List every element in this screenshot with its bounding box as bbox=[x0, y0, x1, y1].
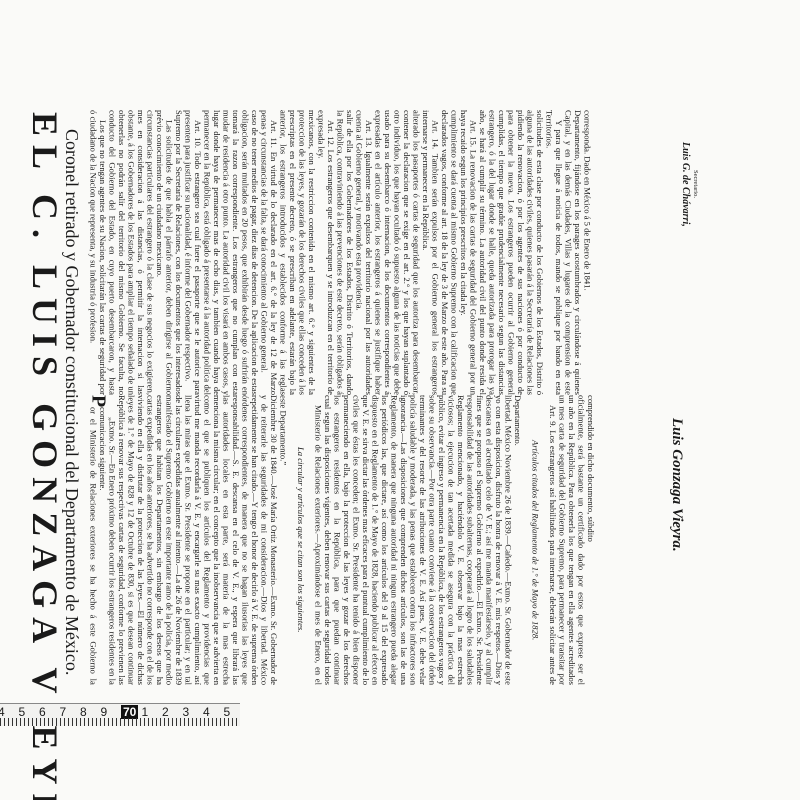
paragraph-art-12: Art. 12. Los estrangeros que desembarque… bbox=[326, 110, 364, 395]
paragraph-intro: Por el Ministerio de Relaciones exterior… bbox=[88, 395, 107, 685]
document-title-vertical: EL C. LUIS GONZAGA VIEYRA, bbox=[26, 112, 64, 692]
column-right: ó ciudadano de la Nacion que representa,… bbox=[88, 110, 658, 395]
paragraph-art-14: Art. 14. Tambien serán expulsos por el G… bbox=[430, 110, 468, 395]
ruler-labels: 4567897012345 bbox=[0, 705, 240, 717]
heading-circular: La circular y artículos que se citan son… bbox=[296, 395, 306, 685]
ruler-label: 8 bbox=[80, 705, 87, 719]
column-left: Por el Ministerio de Relaciones exterior… bbox=[88, 395, 658, 685]
ruler-label: 1 bbox=[142, 705, 149, 719]
heading-articles: Artículos citados del Reglamento de 1.° … bbox=[530, 395, 540, 685]
ruler-label: 5 bbox=[19, 705, 26, 719]
ruler-label: 4 bbox=[203, 705, 210, 719]
ruler-label: 6 bbox=[39, 705, 46, 719]
paragraph-art-11: Art. 11. En virtud de lo declarado en el… bbox=[269, 110, 326, 395]
paragraph-circular: Ministerio de Relaciones exteriores.—Apr… bbox=[313, 395, 522, 685]
paragraph-solicitudes: Las solicitudes de que habla el párrafo … bbox=[164, 110, 193, 395]
signature-secretary-title: Secretario. bbox=[692, 170, 699, 198]
ruler-label: 70 bbox=[121, 705, 138, 719]
ruler-ticks bbox=[0, 718, 240, 726]
ruler-label: 5 bbox=[224, 705, 231, 719]
paragraph-art-15: Art. 15. La renovacion de las cartas de … bbox=[468, 110, 554, 395]
ruler-label: 9 bbox=[101, 705, 108, 719]
ruler-label: 3 bbox=[183, 705, 190, 719]
paragraph-closing: Y para que llegue á noticia de todos, ma… bbox=[554, 110, 592, 395]
ruler-label: 2 bbox=[162, 705, 169, 719]
measurement-ruler: 4567897012345 bbox=[0, 703, 240, 726]
ruler-label: 7 bbox=[60, 705, 67, 719]
paragraph-art-9: Art. 9. Los estrangeros así habilitados … bbox=[548, 395, 596, 685]
document-subtitle-vertical: Coronel retirado y Gobernador constituci… bbox=[62, 112, 82, 692]
paragraph-art-10: Art. 10. Todo estrangero sea cual fuere … bbox=[193, 110, 269, 395]
signature-secretary: Luis G. de Chávarri, bbox=[680, 142, 691, 227]
paragraph-continued: ó ciudadano de la Nacion que representa,… bbox=[88, 110, 98, 395]
dropcap: P bbox=[90, 395, 108, 407]
paragraph-art-13: Art. 13. Igualmente serán expulsos del t… bbox=[364, 110, 431, 395]
paragraph-communication: „Exmo. Sr.—En Enero próximo deben ocurri… bbox=[107, 395, 288, 685]
ruler-label: 4 bbox=[0, 705, 5, 719]
paragraph-agents: Los que no tengan agentes de su Nacion, … bbox=[98, 110, 165, 395]
signature-governor: Luis Gonzaga Vieyra. bbox=[668, 418, 685, 552]
